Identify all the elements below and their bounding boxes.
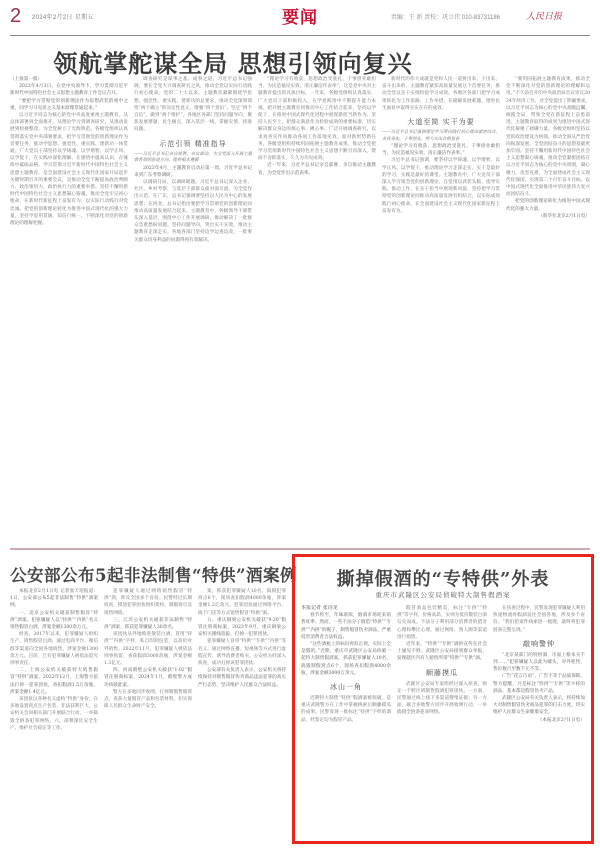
- subhead: 大道至简 实干为要: [382, 116, 500, 128]
- continued-marker: （上接第一版）: [10, 76, 128, 83]
- editors-info: 责编：王 新 责校：巩立伟 010-83731186: [391, 12, 500, 21]
- paragraph: 四、河南鹤壁公安机关破获“1·02”假冒注册商标案，2024年1月，鹤壁警方成功…: [104, 667, 192, 689]
- top-article-column-2: 调查研究是谋事之基、成事之道。习近平总书记强调，要在全党大兴调查研究之风，推动全…: [134, 76, 252, 544]
- body-text-filler: “要巩固拓展主题教育成果，推动全党不断深化对党的创新理论的理解和运用。”不久前召…: [506, 76, 590, 198]
- paragraph: 春节将至，年味渐浓，烟酒市场迎来销售旺季。然而，一些不法分子假借“特供”“专供”…: [301, 612, 391, 641]
- paragraph: 广告“花言巧语”，广告不等于品质保障。警方提醒，凡是标注“特供”“专供”等字样的…: [493, 673, 585, 695]
- section-divider: [10, 548, 590, 550]
- dateline: （本报北京2月1日电）: [493, 717, 585, 724]
- paragraph: 公安部有关负责人表示，公安机关将持续保持对制售假冒伪劣商品违法犯罪的高压严打态势…: [198, 667, 286, 689]
- section-title: 要闻: [0, 3, 600, 28]
- body-text-filler: 调查研究是谋事之基、成事之道。习近平总书记强调，要在全党大兴调查研究之风，推动全…: [134, 76, 252, 134]
- newspaper-logo: 人民日报: [526, 9, 562, 22]
- paragraph: 2023年4月，主题教育启动后第一周，习近平总书记来到广东考察调研。: [134, 165, 252, 179]
- masthead: 2 2024年2月2日 星期五 要闻 责编：王 新 责校：巩立伟 010-837…: [0, 0, 600, 36]
- top-article-column-4: 新时代的伟大成就是党和人民一道拼出来、干出来、奋斗出来的。主题教育紧扣高质量发展…: [382, 76, 500, 544]
- masthead-rule: [10, 35, 590, 36]
- boxed-article: 撕掉假酒的“专特供”外表 重庆市武隆区公安局侦破特大制售假酒案 本报记者 张诗龙…: [292, 554, 594, 844]
- paragraph: “要把学习贯彻党的创新理论作为思想武装的重中之重，同学习马克思主义基本原理贯通起…: [10, 98, 128, 112]
- top-article-headline: 领航掌舵谋全局 思想引领向复兴: [48, 44, 418, 79]
- paragraph: 近年来，“特供”“专供”酒的宣传在社会上屡见不鲜。武隆区公安局接到群众举报，发现…: [397, 641, 487, 663]
- body-text-filler: 警方在多地同步收网，打掉制假售假窝点，查获大量假冒产品和包装材料，切实保障人民群…: [104, 689, 192, 711]
- boxed-article-headline: 撕掉假酒的“专特供”外表: [295, 565, 591, 591]
- body-text-filler: 新时代的伟大成就是党和人民一道拼出来、干出来、奋斗出来的。主题教育紧扣高质量发展…: [382, 76, 500, 112]
- body-text-filler: 该团伙以各种名义虚构“特供”身份，在多地设置窝点生产包装，非法获利巨大。公安机关…: [10, 696, 98, 732]
- subhead-quote: ——习近平总书记亲自部署、亲自推动，为全党深入开展主题教育指明前进方向、提供根本…: [134, 152, 252, 165]
- bottom-left-article-headline: 公安部公布5起非法制售“特供”酒案例: [10, 562, 288, 586]
- boxed-column-3: 在侦查过程中，民警发现犯罪嫌疑人利用快递物流将假酒发往全国各地，涉及多个省份。“…: [493, 605, 585, 839]
- body-text-filler: 经查，2017年以来，犯罪嫌疑人组织生产、销售假冒白酒，通过电商平台、微信群等渠…: [10, 631, 98, 667]
- paragraph: 一、北京公安机关破获制售假冒“特供”酒案。犯罪嫌疑人以“特供”“内供”名义销售假…: [10, 610, 98, 632]
- body-text-filler: 犯罪嫌疑人通过网络销售假冒“特供”酒，涉及全国多个省份。民警经过长期侦查，摸清犯…: [104, 588, 192, 617]
- bottom-left-column-3: 案，抓获犯罪嫌疑人10名，捣毁犯罪窝点6个，现场查扣假酒4000余瓶，涉案金额1…: [198, 588, 286, 846]
- top-article-column-5: “要巩固拓展主题教育成果，推动全党不断深化对党的创新理论的理解和运用。”不久前召…: [506, 76, 590, 544]
- paragraph: 近一年来，习近平总书记亲自部署、亲自推动主题教育，为全党作出示范表率。: [258, 162, 376, 176]
- subhead: 顺藤摸瓜: [397, 667, 487, 679]
- paragraph: “理论学习有收获、思想政治受洗礼、干事创业敢担当、为民造福见实效、清正廉洁作表率…: [382, 143, 500, 157]
- body-text-filler: 假冒酒品包装精美，标注“专供”“特供”等字样，价格高昂，实则为低价散装白酒勾兑而…: [397, 605, 487, 641]
- boxed-article-subheadline: 重庆市武隆区公安局侦破特大制售假酒案: [295, 590, 591, 599]
- paragraph: 三、江苏公安机关破获非法制售“特供”酒案，抓获犯罪嫌疑人30余名。: [104, 617, 192, 631]
- body-text-filler: 犯罪嫌疑人冒用“特供”“专供”“内供”等名义，通过网络直播、短视频等方式进行虚假…: [198, 638, 286, 667]
- bottom-left-column-1: 本报北京2月1日电 记者张天培报道：1日，公安部公布5起非法制售“特供”酒案例。…: [10, 588, 98, 846]
- paragraph: 武隆区公安局有关负责人表示，将持续加大对制售假冒伪劣商品犯罪的打击力度，切实维护…: [493, 695, 585, 717]
- subhead-quote: ——习近平总书记强调理论学习要同践行初心使命紧密结合，求真务实、干事创业，努力交…: [382, 130, 500, 143]
- body-text-filler: “理论学习有收获、思想政治受洗礼、干事创业敢担当、为民造福见实效、清正廉洁作表率…: [258, 76, 376, 162]
- boxed-column-1: 本报记者 张诗龙 春节将至，年味渐浓，烟酒市场迎来销售旺季。然而，一些不法分子假…: [301, 605, 391, 839]
- paragraph: 2023年4月3日，在党中央领导下，学习贯彻习近平新时代中国特色社会主义思想主题…: [10, 83, 128, 97]
- top-article-column-3: “理论学习有收获、思想政治受洗礼、干事创业敢担当、为民造福见实效、清正廉洁作表率…: [258, 76, 376, 544]
- paragraph: 把党的创新理论转化为推进中国式现代化的强大力量。: [506, 198, 590, 212]
- body-text-filler: 近期特大制售“特供”假酒案被侦破，是重庆武隆警方在工作中掌握线索后顺藤摸瓜的成果…: [301, 695, 391, 724]
- subhead: 示范引领 精准指导: [134, 138, 252, 150]
- subhead: 冰山一角: [301, 681, 391, 693]
- paragraph: 五、重庆铜梁公安机关破获“9·20”假冒注册商标案，2023年9月，重庆铜梁公安…: [198, 617, 286, 639]
- body-text-filler: 以习近平同志为核心的党中央高度重视主题教育，从总体部署到全面推开，从理论学习到调…: [10, 112, 128, 227]
- body-text-filler: 案，抓获犯罪嫌疑人10名，捣毁犯罪窝点6个，现场查扣假酒4000余瓶，涉案金额1…: [198, 588, 286, 617]
- body-text-filler: 该团伙从外地购进散装白酒，冒用“特供”“内供”字样，私自印制包装，以高价对外销售…: [104, 631, 192, 667]
- body-text-filler: 在侦查过程中，民警发现犯罪嫌疑人利用快递物流将假酒发往全国各地，涉及多个省份。“…: [493, 605, 585, 634]
- subhead: 敲响警钟: [493, 638, 585, 650]
- body-text-filler: 武隆区公安局专案组经过深入侦查，锁定一个跨区域制售假酒犯罪团伙。一方面，民警通过…: [397, 681, 487, 717]
- body-text-filler: 以调研开局，以调研破题。习近平总书记深入企业、社区、乡村考察，与基层干部群众面对…: [134, 179, 252, 244]
- paragraph: “北京某部门的特供酒，市面上根本买不到……”犯罪嫌疑人以此为噱头，对外兜售，售价…: [493, 652, 585, 674]
- dateline: （新华社北京2月1日电）: [506, 213, 590, 220]
- paragraph: “这些酒瓶上的标识看似正规，实际上全是假的。”近期，重庆市武隆区公安局侦破一起特…: [301, 641, 391, 677]
- paragraph: 二、上海公安机关破获特大销售假冒“特供”酒案。2022年12月，上海警方依法打掉…: [10, 667, 98, 696]
- byline: 本报记者 张诗龙: [301, 605, 391, 612]
- lead-paragraph: 本报北京2月1日电 记者张天培报道：1日，公安部公布5起非法制售“特供”酒案例。: [10, 588, 98, 610]
- top-article-column-1: （上接第一版） 2023年4月3日，在党中央领导下，学习贯彻习近平新时代中国特色…: [10, 76, 128, 544]
- boxed-column-2: 假冒酒品包装精美，标注“专供”“特供”等字样，价格高昂，实则为低价散装白酒勾兑而…: [397, 605, 487, 839]
- body-text-filler: 习近平总书记强调，要坚持以学铸魂、以学增智、以学正风、以学促干，推动理论学习走深…: [382, 157, 500, 215]
- bottom-left-column-2: 犯罪嫌疑人通过网络销售假冒“特供”酒，涉及全国多个省份。民警经过长期侦查，摸清犯…: [104, 588, 192, 846]
